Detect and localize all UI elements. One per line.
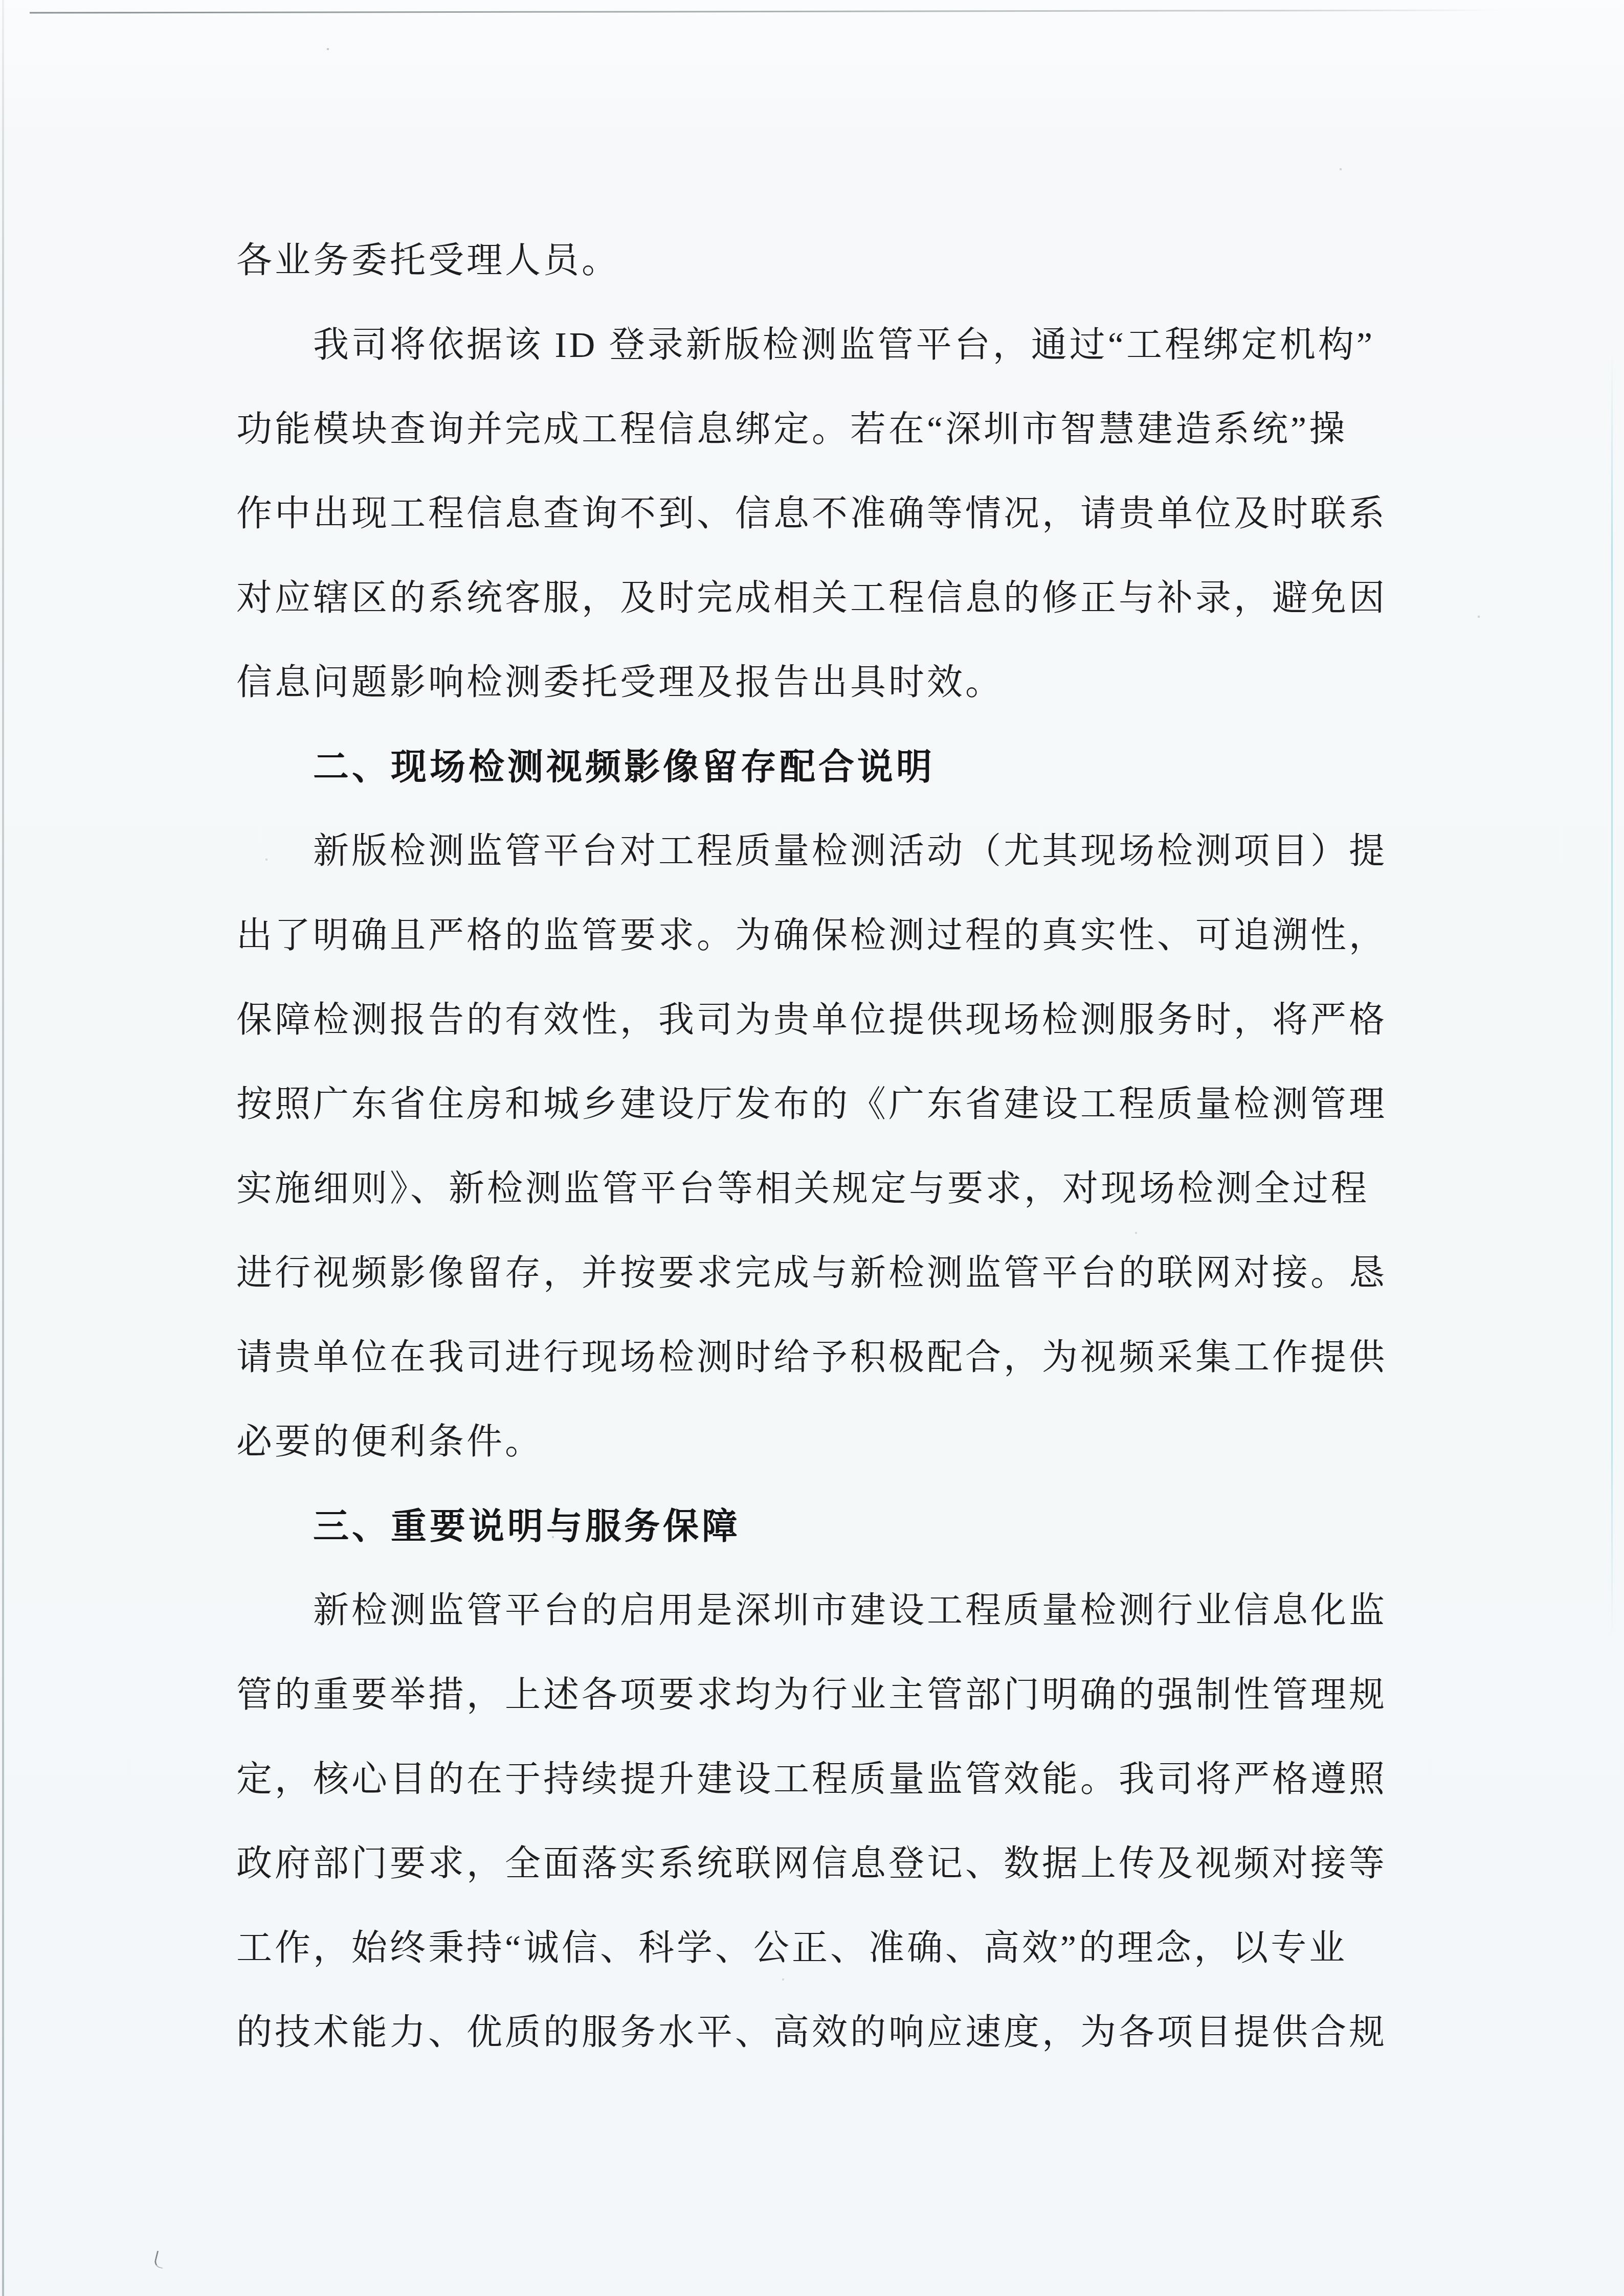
scanned-document-page: { "page": { "background_color": "#f5f8f9…	[0, 0, 1624, 2296]
section-heading-3: 三、重要说明与服务保障	[236, 1484, 1390, 1569]
scan-artifact-top-line	[30, 9, 1503, 13]
scan-artifact-left-edge-line	[2, 0, 4, 2296]
paragraph-line: 新版检测监管平台对工程质量检测活动（尤其现场检测项目）提	[236, 809, 1390, 894]
paragraph-line: 新检测监管平台的启用是深圳市建设工程质量检测行业信息化监	[236, 1569, 1390, 1653]
scan-artifact-right-edge-line	[1611, 353, 1613, 1641]
paragraph-line: 对应辖区的系统客服，及时完成相关工程信息的修正与补录，避免因	[236, 556, 1390, 641]
paragraph-line: 的技术能力、优质的服务水平、高效的响应速度，为各项目提供合规	[236, 1991, 1390, 2075]
paragraph-line: 功能模块查询并完成工程信息绑定。若在“深圳市智慧建造系统”操	[236, 388, 1390, 472]
paragraph-line: 出了明确且严格的监管要求。为确保检测过程的真实性、可追溯性，	[236, 894, 1390, 978]
paragraph-line: 信息问题影响检测委托受理及报告出具时效。	[236, 641, 1390, 725]
paragraph-line: 各业务委托受理人员。	[236, 219, 1390, 303]
scan-artifact-pen-mark	[153, 2250, 166, 2269]
paragraph-line: 我司将依据该 ID 登录新版检测监管平台，通过“工程绑定机构”	[236, 303, 1390, 388]
paragraph-line: 进行视频影像留存，并按要求完成与新检测监管平台的联网对接。恳	[236, 1231, 1390, 1316]
paragraph-line: 请贵单位在我司进行现场检测时给予积极配合，为视频采集工作提供	[236, 1316, 1390, 1400]
paragraph-line: 按照广东省住房和城乡建设厅发布的《广东省建设工程质量检测管理	[236, 1063, 1390, 1147]
paragraph-line: 必要的便利条件。	[236, 1400, 1390, 1484]
paragraph-line: 保障检测报告的有效性，我司为贵单位提供现场检测服务时，将严格	[236, 978, 1390, 1063]
paragraph-line: 定，核心目的在于持续提升建设工程质量监管效能。我司将严格遵照	[236, 1738, 1390, 1822]
paragraph-line: 实施细则》、新检测监管平台等相关规定与要求，对现场检测全过程	[236, 1147, 1390, 1231]
paragraph-line: 管的重要举措，上述各项要求均为行业主管部门明确的强制性管理规	[236, 1653, 1390, 1738]
section-heading-2: 二、现场检测视频影像留存配合说明	[236, 725, 1390, 809]
document-text-block: 各业务委托受理人员。 我司将依据该 ID 登录新版检测监管平台，通过“工程绑定机…	[236, 219, 1390, 2075]
paragraph-line: 工作，始终秉持“诚信、科学、公正、准确、高效”的理念，以专业	[236, 1906, 1390, 1991]
page-background: 各业务委托受理人员。 我司将依据该 ID 登录新版检测监管平台，通过“工程绑定机…	[0, 0, 1624, 2296]
paragraph-line: 作中出现工程信息查询不到、信息不准确等情况，请贵单位及时联系	[236, 472, 1390, 556]
paragraph-line: 政府部门要求，全面落实系统联网信息登记、数据上传及视频对接等	[236, 1822, 1390, 1906]
scan-dust-specks	[0, 0, 1, 1]
